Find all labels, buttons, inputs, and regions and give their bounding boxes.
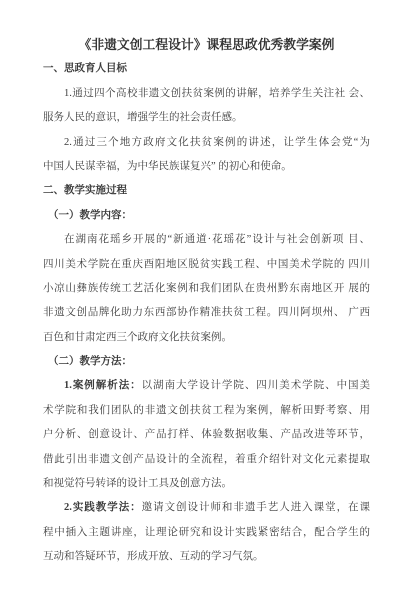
section-heading-process: 二、教学实施过程 (43, 179, 370, 203)
subsection-heading-methods: （二）教学方法： (43, 350, 370, 374)
document-page: 《非遗文创工程设计》课程思政优秀教学案例 一、思政育人目标 1.通过四个高校非遗… (0, 0, 409, 600)
method-name-practice-teaching: 2.实践教学法： (64, 502, 142, 513)
paragraph-line: 2.通过三个地方政府文化扶贫案例的讲述，让学生体会党“为 (43, 131, 370, 155)
paragraph-line: 在湖南花瑶乡开展的“新通道·花瑶花”设计与社会创新项 目、 (43, 228, 370, 252)
paragraph-line: 程中插入主题讲座，让理论研究和设计实践紧密结合，配合学生的 (43, 521, 370, 545)
paragraph-line: 借此引出非遗文创产品设计的全流程，着重介绍针对文化元素提取 (43, 448, 370, 472)
paragraph-line: 服务人民的意识，增强学生的社会责任感。 (43, 106, 370, 130)
paragraph-line: 2.实践教学法：邀请文创设计师和非遗手艺人进入课堂，在课 (43, 496, 370, 520)
paragraph-line: 中国人民谋幸福，为中华民族谋复兴” 的初心和使命。 (43, 155, 370, 179)
paragraph-line: 术学院和我们团队的非遗文创扶贫工程为案例，解析田野考察、用 (43, 399, 370, 423)
paragraph-line: 四川美术学院在重庆酉阳地区脱贫实践工程、中国美术学院的 四川 (43, 253, 370, 277)
section-heading-goals: 一、思政育人目标 (43, 57, 370, 81)
paragraph-line: 1.通过四个高校非遗文创扶贫案例的讲解，培养学生关注社 会、 (43, 82, 370, 106)
paragraph-line: 非遗文创品牌化助力东西部协作精准扶贫工程。四川阿坝州、 广西 (43, 301, 370, 325)
paragraph-line: 1.案例解析法：以湖南大学设计学院、四川美术学院、中国美 (43, 374, 370, 398)
paragraph-line-text: 以湖南大学设计学院、四川美术学院、中国美 (142, 380, 370, 391)
paragraph-line-text: 邀请文创设计师和非遗手艺人进入课堂，在课 (142, 502, 370, 513)
subsection-heading-content: （一）教学内容： (43, 204, 370, 228)
paragraph-line: 互动和答疑环节，形成开放、互动的学习气氛。 (43, 545, 370, 569)
paragraph-line: 百色和甘肃定西三个政府文化扶贫案例。 (43, 326, 370, 350)
paragraph-line: 和视觉符号转译的设计工具及创意方法。 (43, 472, 370, 496)
paragraph-line: 户分析、创意设计、产品打样、体验数据收集、产品改进等环节， (43, 423, 370, 447)
document-title: 《非遗文创工程设计》课程思政优秀教学案例 (43, 33, 370, 57)
method-name-case-analysis: 1.案例解析法： (64, 380, 142, 391)
paragraph-line: 小凉山彝族传统工艺活化案例和我们团队在贵州黔东南地区开 展的 (43, 277, 370, 301)
